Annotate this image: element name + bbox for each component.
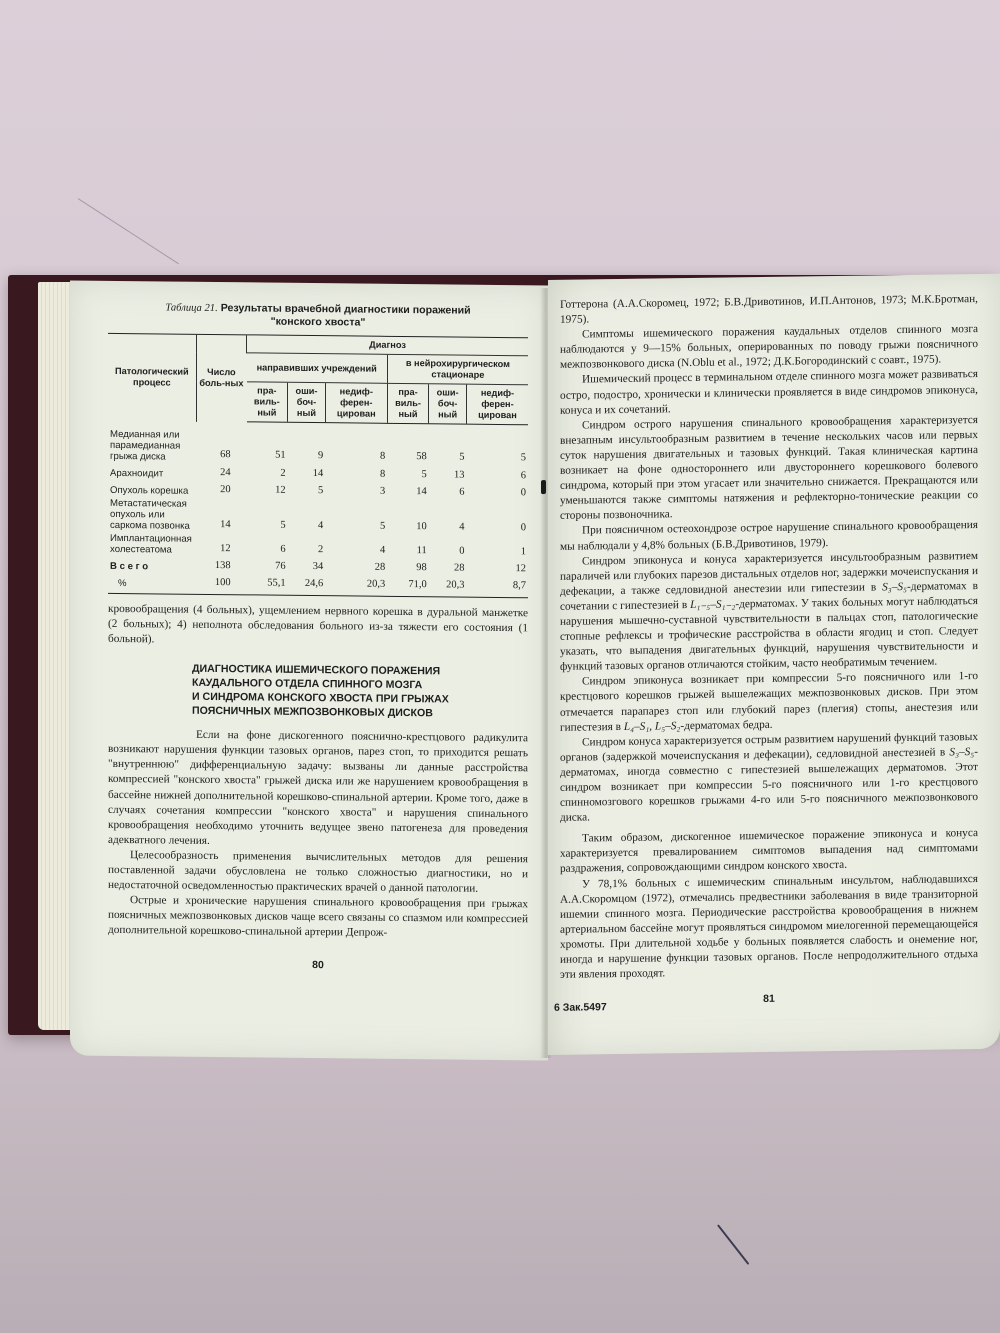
paragraph: У 78,1% больных с ишемическим спинальным… bbox=[560, 872, 978, 983]
stray-hair-top bbox=[78, 198, 179, 264]
page-number: 80 bbox=[108, 956, 528, 975]
diagnosis-results-table: Патологический процесс Число боль-ных Ди… bbox=[108, 333, 528, 598]
left-page-content: Таблица 21. Результаты врачебной диагнос… bbox=[108, 301, 528, 976]
paragraph: Острые и хронические нарушения спинально… bbox=[108, 893, 528, 943]
right-page-content: Готтерона (А.А.Скоромец, 1972; Б.В.Дриво… bbox=[560, 292, 978, 1011]
dermatome-notation: S₃–S₅ bbox=[949, 746, 974, 758]
header-sub: пра-виль-ный bbox=[247, 382, 288, 422]
paragraph: кровообращения (4 больных), ущемлением н… bbox=[108, 602, 528, 652]
dermatome-notation: S₃–S₅ bbox=[882, 581, 907, 593]
header-referring: направивших учреждений bbox=[247, 353, 388, 383]
page-footer: 6 Зак.5497 81 bbox=[560, 989, 978, 1011]
paragraph-conus: Синдром конуса характеризуется острым ра… bbox=[560, 730, 978, 826]
header-sub: оши-боч-ный bbox=[429, 384, 467, 424]
header-sub: пра-виль-ный bbox=[387, 383, 429, 423]
table-row: Метастатическая опухоль или саркома позв… bbox=[108, 497, 528, 536]
paragraph-epiconus-conus: Синдром эпиконуса и конуса характеризует… bbox=[560, 549, 978, 676]
paragraph: Если на фоне дискогенного пояснично-крес… bbox=[108, 727, 528, 852]
paragraph: Ишемический процесс в терминальном отдел… bbox=[560, 367, 978, 418]
stray-hair-bottom bbox=[717, 1224, 749, 1264]
header-neurosurgical: в нейрохирургическом стационаре bbox=[387, 354, 528, 384]
left-page: Таблица 21. Результаты врачебной диагнос… bbox=[70, 280, 548, 1060]
header-sub: недиф-ферен-цирован bbox=[325, 383, 387, 424]
dermatome-notation: L₅–S₂ bbox=[655, 720, 680, 732]
paragraph-epiconus: Синдром эпиконуса возникает при компресс… bbox=[560, 669, 978, 735]
dermatome-notation: L₁₋₅–S₁₋₂ bbox=[690, 598, 735, 611]
header-count: Число боль-ных bbox=[196, 334, 246, 422]
binding-clip bbox=[541, 480, 546, 494]
paragraph: Таким образом, дискогенное ишемическое п… bbox=[560, 826, 978, 877]
table-row: Медианная или парамедианная грыжа диска … bbox=[108, 420, 528, 466]
table-caption-title: Результаты врачебной диагностики поражен… bbox=[221, 302, 471, 317]
dermatome-notation: L₄–S₁ bbox=[624, 720, 649, 732]
table-caption: Таблица 21. Результаты врачебной диагнос… bbox=[108, 301, 528, 331]
paragraph: Синдром острого нарушения спинального кр… bbox=[560, 413, 978, 524]
paragraph: Симптомы ишемического поражения каудальн… bbox=[560, 322, 978, 373]
page-number: 81 bbox=[560, 989, 978, 1010]
table-caption-label: Таблица 21. bbox=[165, 302, 217, 314]
section-heading: ДИАГНОСТИКА ИШЕМИЧЕСКОГО ПОРАЖЕНИЯ КАУДА… bbox=[192, 662, 528, 722]
right-page: Готтерона (А.А.Скоромец, 1972; Б.В.Дриво… bbox=[548, 274, 1000, 1055]
header-process: Патологический процесс bbox=[108, 333, 196, 421]
header-sub: недиф-ферен-цирован bbox=[466, 384, 528, 425]
table-caption-title-2: "конского хвоста" bbox=[271, 316, 366, 329]
header-sub: оши-боч-ный bbox=[288, 382, 326, 422]
paragraph: Целесообразность применения вычислительн… bbox=[108, 848, 528, 898]
